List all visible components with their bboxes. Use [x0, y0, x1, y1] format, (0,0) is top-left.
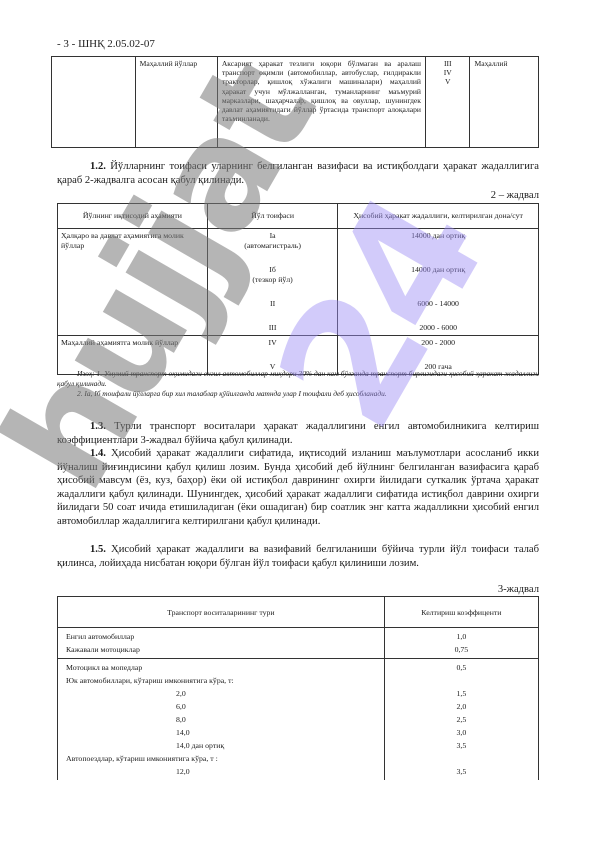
section-1-4: 1.4. Ҳисобий ҳаракат жадаллиги сифатида,…	[57, 447, 539, 529]
vehicle-type: 12,0	[62, 765, 380, 778]
table1-cell-description: Аксарият ҳаракат тезлиги юқори бўлмаган …	[217, 57, 425, 148]
vehicle-type: Мотоцикл ва мопедлар	[62, 661, 380, 674]
table-1-continuation: Маҳаллий йўллар Аксарият ҳаракат тезлиги…	[51, 56, 539, 148]
section-1-3: 1.3. Турли транспорт воситалари ҳаракат …	[57, 420, 539, 447]
table2-significance: Ҳалқаро ва давлат аҳамиятига молик йўлла…	[58, 229, 208, 336]
table3-header-type: Транспорт воситаларининг тури	[58, 597, 385, 628]
table2-header-intensity: Ҳисобий ҳаракат жадаллиги, келтирилган д…	[338, 204, 539, 229]
table-3-coefficients: Транспорт воситаларининг тури Келтириш к…	[57, 596, 539, 780]
coefficient-value: 3,0	[389, 726, 534, 739]
table-row: Енгил автомобиллар Кажавали мотоциклар 1…	[58, 628, 539, 659]
table-row: Маҳаллий йўллар Аксарият ҳаракат тезлиги…	[52, 57, 539, 148]
table3-types-block2: Мотоцикл ва мопедларЮк автомобиллари, кў…	[58, 659, 385, 781]
table3-header-coef: Келтириш коэффиценти	[384, 597, 538, 628]
table3-caption: 3-жадвал	[498, 584, 539, 595]
table2-notes: Изоҳ: 1. Умумий транспорт оқимидаги енги…	[57, 369, 539, 399]
coefficient-value: 2,0	[389, 700, 534, 713]
coefficient-value: 3,5	[389, 765, 534, 778]
vehicle-type: 8,0	[62, 713, 380, 726]
table2-header-category: Йўл тоифаси	[207, 204, 337, 229]
table1-cell-road-name: Маҳаллий йўллар	[135, 57, 217, 148]
coefficient-value: 3,5	[389, 739, 534, 752]
coefficient-value	[389, 674, 534, 687]
vehicle-type: Автопоездлар, кўтариш имкониятига кўра, …	[62, 752, 380, 765]
table-2-road-categories: Йўлнинг иқтисодий аҳамияти Йўл тоифаси Ҳ…	[57, 203, 539, 375]
table2-intensities: 14000 дан ортиқ 14000 дан ортиқ 6000 - 1…	[338, 229, 539, 336]
section-1-2: 1.2. Йўлларнинг тоифаси уларнинг белгила…	[57, 160, 539, 187]
table1-cell-significance: Маҳаллий	[470, 57, 539, 148]
table1-cell-empty	[52, 57, 136, 148]
note-2: 2. Ia, Iб тоифали йўлларга бир хил талаб…	[57, 389, 539, 399]
table2-header-significance: Йўлнинг иқтисодий аҳамияти	[58, 204, 208, 229]
coefficient-value: 2,5	[389, 713, 534, 726]
coefficient-value	[389, 752, 534, 765]
table-row: Мотоцикл ва мопедларЮк автомобиллари, кў…	[58, 659, 539, 781]
page-header: - 3 - ШНҚ 2.05.02-07	[57, 38, 155, 50]
coefficient-value: 1,5	[389, 687, 534, 700]
table1-cell-categories: III IV V	[426, 57, 470, 148]
vehicle-type: 14,0	[62, 726, 380, 739]
table3-coefs-block1: 1,0 0,75	[384, 628, 538, 659]
note-1: Изоҳ: 1. Умумий транспорт оқимидаги енги…	[57, 369, 539, 389]
table-header-row: Транспорт воситаларининг тури Келтириш к…	[58, 597, 539, 628]
vehicle-type: 14,0 дан ортиқ	[62, 739, 380, 752]
table2-caption: 2 – жадвал	[491, 190, 539, 201]
table-row: Ҳалқаро ва давлат аҳамиятига молик йўлла…	[58, 229, 539, 336]
table2-categories: Ia (автомагистраль) Iб (тезкор йўл) II I…	[207, 229, 337, 336]
section-1-5: 1.5. Ҳисобий ҳаракат жадаллиги ва вазифа…	[57, 543, 539, 570]
table3-types-block1: Енгил автомобиллар Кажавали мотоциклар	[58, 628, 385, 659]
coefficient-value: 0,5	[389, 661, 534, 674]
vehicle-type: 2,0	[62, 687, 380, 700]
vehicle-type: Юк автомобиллари, кўтариш имкониятига кў…	[62, 674, 380, 687]
vehicle-type: 6,0	[62, 700, 380, 713]
table3-coefs-block2: 0,51,52,02,53,03,53,5	[384, 659, 538, 781]
table-header-row: Йўлнинг иқтисодий аҳамияти Йўл тоифаси Ҳ…	[58, 204, 539, 229]
